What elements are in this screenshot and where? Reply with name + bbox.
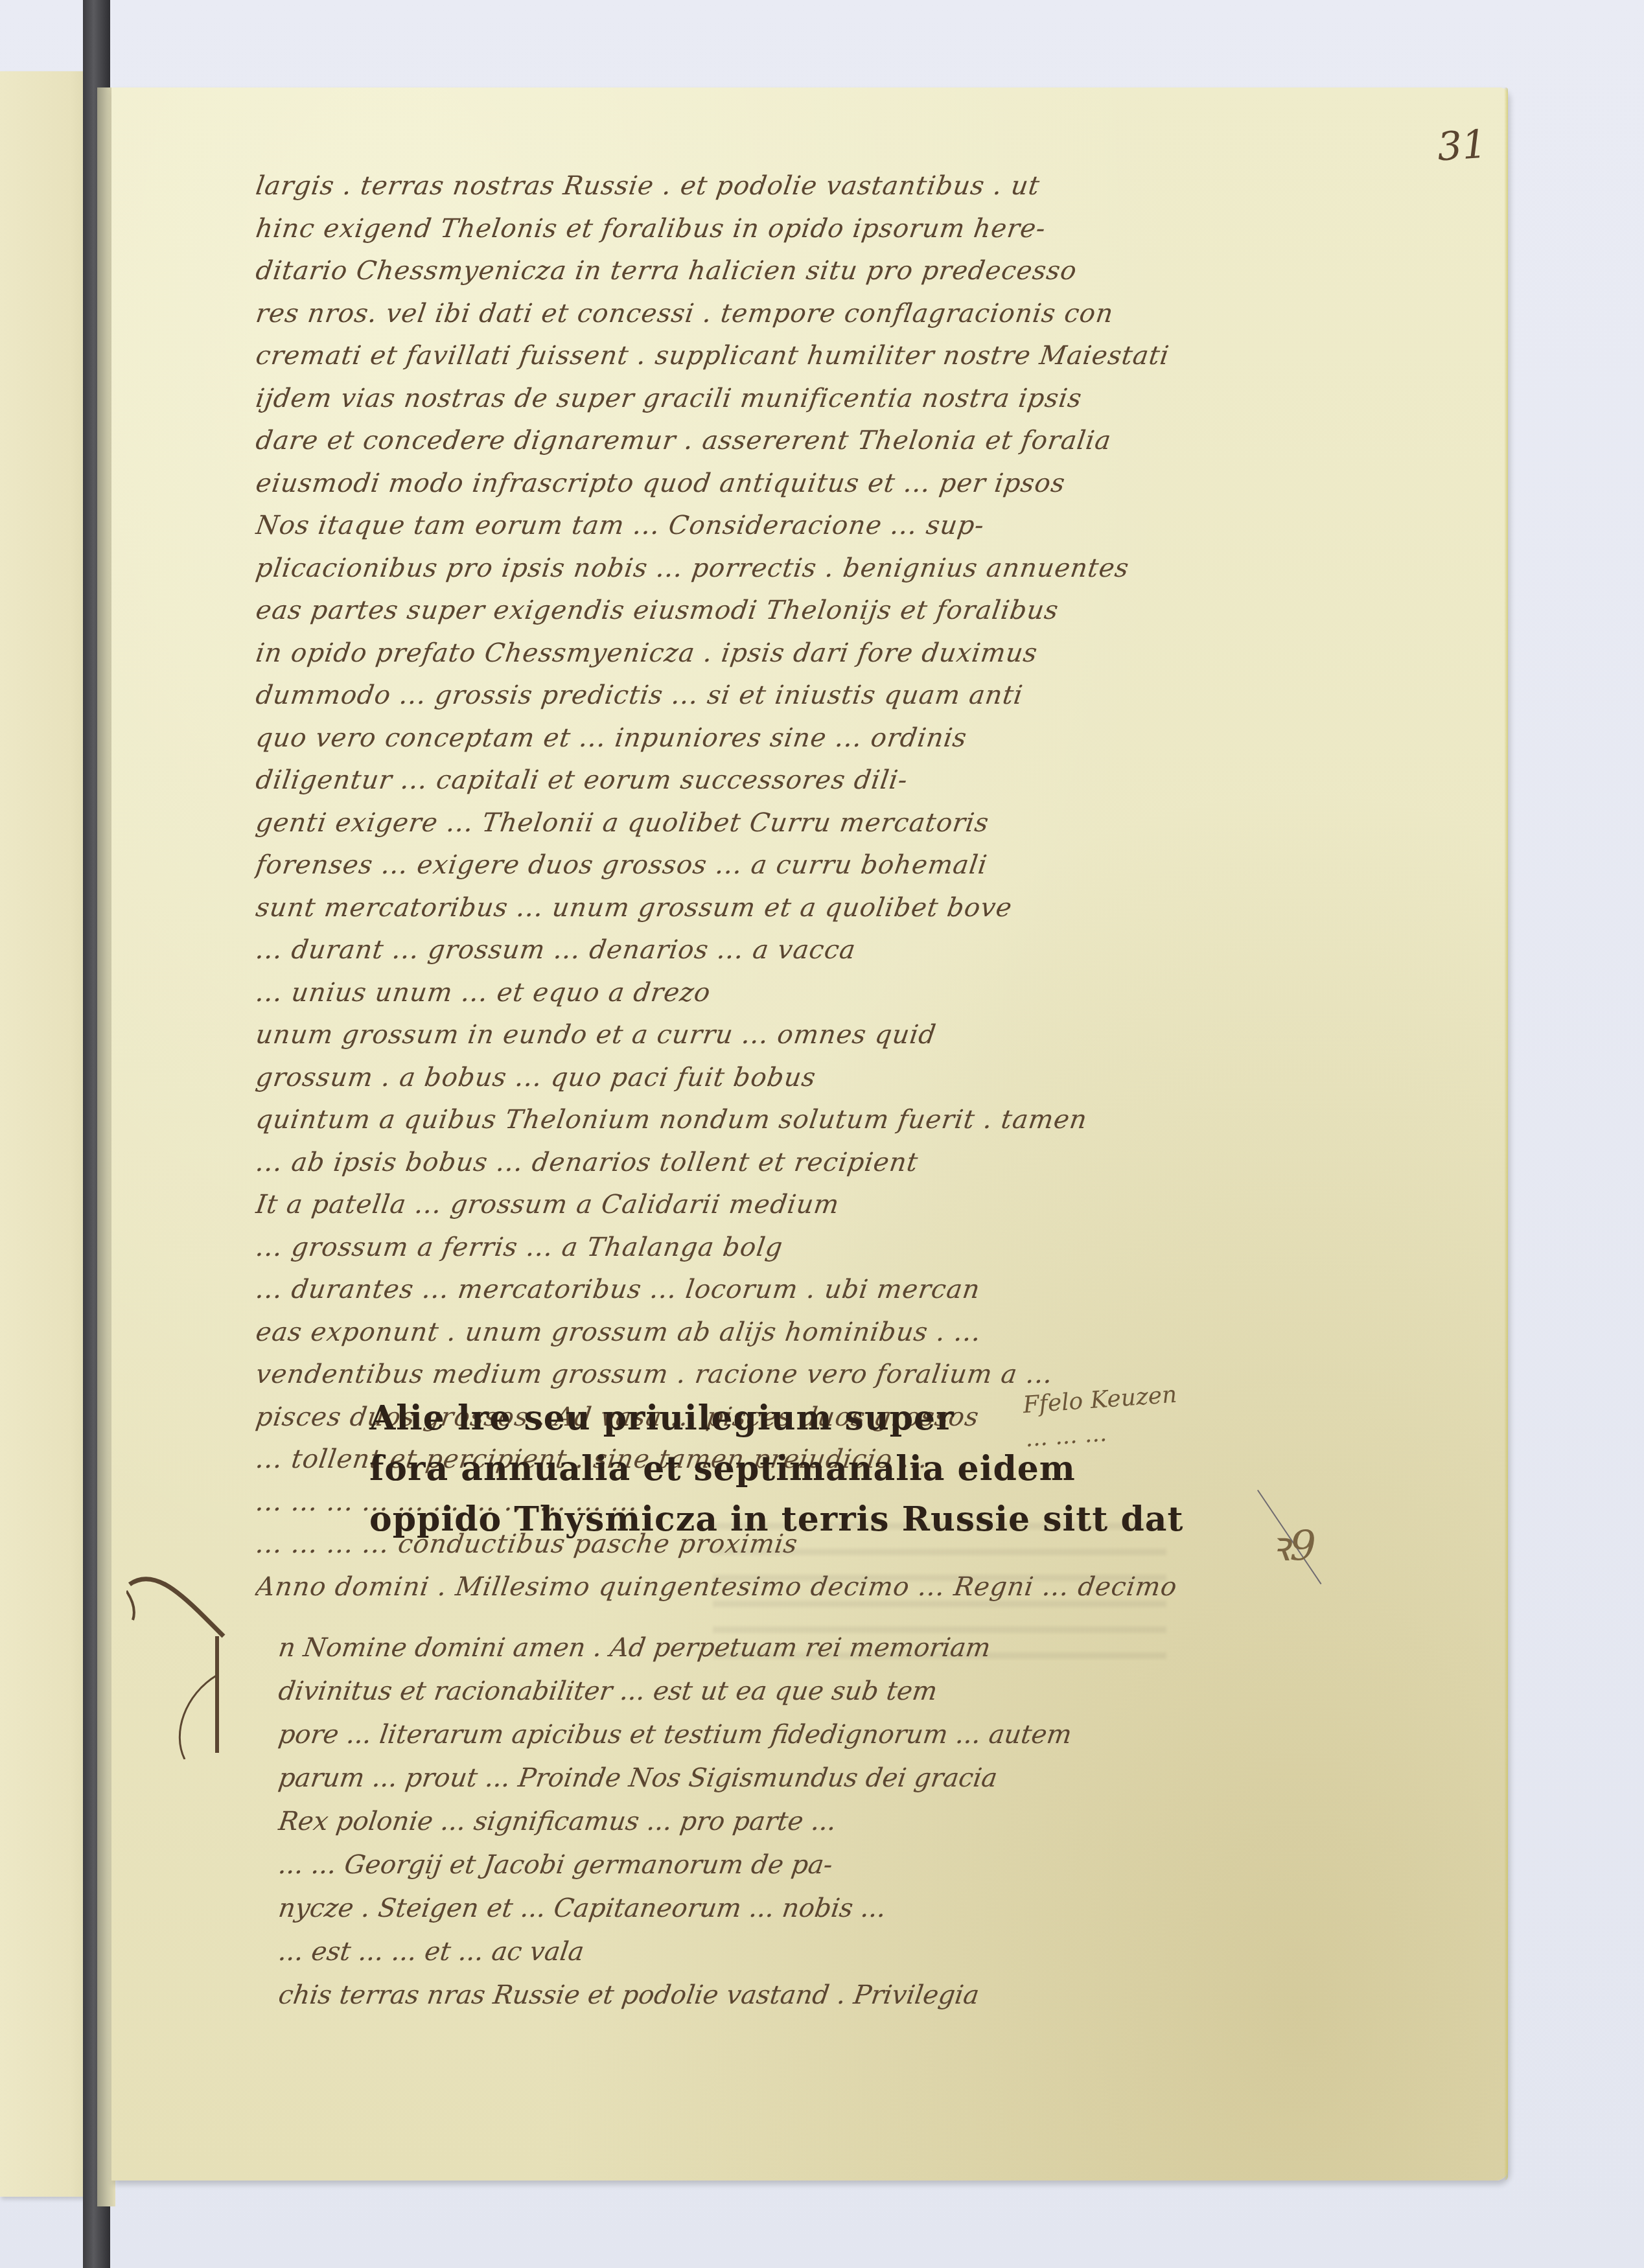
text-line: ijdem vias nostras de super gracili muni… [253, 378, 1269, 421]
text-line: pore ... literarum apicibus et testium f… [275, 1713, 1266, 1757]
text-line: quo vero conceptam et ... inpuniores sin… [253, 717, 1269, 760]
text-line: ... durantes ... mercatoribus ... locoru… [253, 1269, 1269, 1312]
margin-mark: ꝛ9 [1244, 1490, 1335, 1594]
decorated-initial [126, 1565, 246, 1759]
text-line: divinitus et racionabiliter ... est ut e… [275, 1670, 1266, 1713]
text-line: eas exponunt . unum grossum ab alijs hom… [253, 1312, 1269, 1354]
text-line: ... ab ipsis bobus ... denarios tollent … [253, 1142, 1269, 1185]
text-line: dare et concedere dignaremur . assereren… [253, 420, 1269, 463]
text-line: It a patella ... grossum a Calidarii med… [253, 1184, 1269, 1227]
text-line: res nros. vel ibi dati et concessi . tem… [253, 293, 1269, 336]
text-line: dummodo ... grossis predictis ... si et … [253, 675, 1269, 717]
text-line: ... est ... ... et ... ac vala [275, 1930, 1266, 1974]
text-line: sunt mercatoribus ... unum grossum et a … [253, 887, 1269, 930]
text-line: unum grossum in eundo et a curru ... omn… [253, 1014, 1269, 1057]
margin-mark-glyph: ꝛ9 [1270, 1516, 1316, 1573]
text-line: eas partes super exigendis eiusmodi Thel… [253, 590, 1269, 632]
text-line: n Nomine domini amen . Ad perpetuam rei … [275, 1626, 1266, 1670]
text-line: cremati et favillati fuissent . supplica… [253, 335, 1269, 378]
text-line: nycze . Steigen et ... Capitaneorum ... … [275, 1887, 1266, 1930]
text-line: quintum a quibus Thelonium nondum solutu… [253, 1099, 1269, 1142]
text-line: Rex polonie ... significamus ... pro par… [275, 1800, 1266, 1844]
text-line: Nos itaque tam eorum tam ... Consideraci… [253, 505, 1269, 548]
text-line: hinc exigend Thelonis et foralibus in op… [253, 208, 1269, 251]
text-line: in opido prefato Chessmyenicza . ipsis d… [253, 632, 1269, 675]
text-line: ... grossum a ferris ... a Thalanga bolg [253, 1227, 1269, 1269]
text-line: diligentur ... capitali et eorum success… [253, 759, 1269, 802]
text-line: forenses ... exigere duos grossos ... a … [253, 844, 1269, 887]
text-line: ... durant ... grossum ... denarios ... … [253, 929, 1269, 972]
text-line: grossum . a bobus ... quo paci fuit bobu… [253, 1057, 1269, 1100]
text-line: plicacionibus pro ipsis nobis ... porrec… [253, 548, 1269, 590]
text-line: eiusmodi modo infrascripto quod antiquit… [253, 463, 1269, 505]
initial-flourish-icon [126, 1565, 246, 1759]
text-line: ditario Chessmyenicza in terra halicien … [253, 250, 1269, 293]
text-line: ... ... Georgij et Jacobi germanorum de … [275, 1844, 1266, 1887]
text-line: ... unius unum ... et equo a drezo [253, 972, 1269, 1015]
text-line: largis . terras nostras Russie . et podo… [253, 165, 1269, 208]
text-line: parum ... prout ... Proinde Nos Sigismun… [275, 1757, 1266, 1800]
text-line: chis terras nras Russie et podolie vasta… [275, 1974, 1266, 2017]
folio-number: 31 [1436, 121, 1488, 170]
second-entry-text: n Nomine domini amen . Ad perpetuam rei … [279, 1626, 1264, 2017]
rubric-line: oppido Thysmicza in terris Russie sitt d… [369, 1494, 1179, 1545]
text-line: genti exigere ... Thelonii a quolibet Cu… [253, 802, 1269, 845]
